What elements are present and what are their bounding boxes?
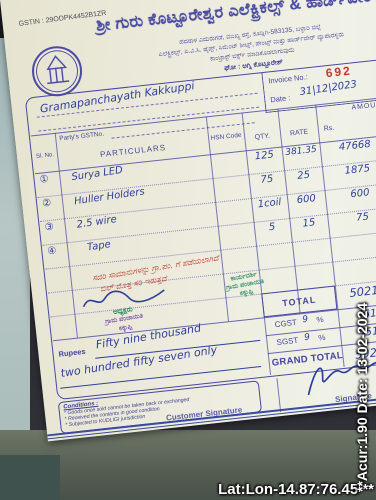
photo-of-invoice: ಶ್ರೀ ಕೊಟ್ಟೂರೇಶ್ವರ ಪ್ರಸನ್ನ ಕ್ಯಾಷ್ / ಕ್ರೆಡ… [0, 0, 376, 500]
row-particulars: Surya LED [71, 165, 124, 183]
percent-sign: % [316, 315, 324, 325]
row-slno: ① [39, 174, 49, 186]
row-qty: 75 [248, 172, 285, 187]
col-header-qty: QTY. [243, 125, 281, 149]
col-header-hsn: HSN Code [207, 123, 246, 153]
row-amount-rs: 47668 [325, 137, 376, 154]
invoice-paper: ಶ್ರೀ ಕೊಟ್ಟೂರೇಶ್ವರ ಪ್ರಸನ್ನ ಕ್ಯಾಷ್ / ಕ್ರೆಡ… [0, 0, 376, 441]
row-amount-rs: 75 [333, 209, 376, 226]
row-rate: 15 [289, 216, 328, 231]
book-cover-corner [0, 455, 60, 500]
col-header-rs: Rs. [323, 125, 334, 133]
row-amount-rs: 1875 [328, 161, 376, 178]
row-slno: ③ [44, 222, 54, 234]
row-slno: ② [42, 198, 52, 210]
gps-latlon-overlay: Lat:Lon-14.87:76.45 ** [218, 481, 374, 498]
row-particulars: 2.5 wire [76, 214, 117, 231]
col-header-rate: RATE [279, 120, 319, 144]
row-rate: 25 [284, 168, 323, 183]
invoice-number: 692 [325, 63, 352, 80]
cgst-percent-value: 9 [302, 315, 309, 326]
row-rate: 381.35 [282, 144, 321, 158]
row-qty: 125 [246, 148, 283, 163]
gps-side-overlay: **Acur:1.90 Date: 13-02-2024 [354, 242, 372, 492]
percent-sign: % [318, 333, 326, 343]
temple-logo-icon [29, 44, 84, 99]
row-rate: 600 [287, 192, 326, 207]
row-qty: 5 [254, 220, 291, 235]
signature-divider [276, 378, 281, 412]
row-slno: ④ [47, 245, 57, 257]
row-qty: 1coil [251, 196, 288, 211]
row-amount-rs: 600 [331, 185, 376, 202]
sgst-percent-value: 9 [304, 333, 311, 344]
col-header-slno: Sl. No. [32, 141, 59, 171]
row-particulars: Tape [87, 239, 112, 253]
